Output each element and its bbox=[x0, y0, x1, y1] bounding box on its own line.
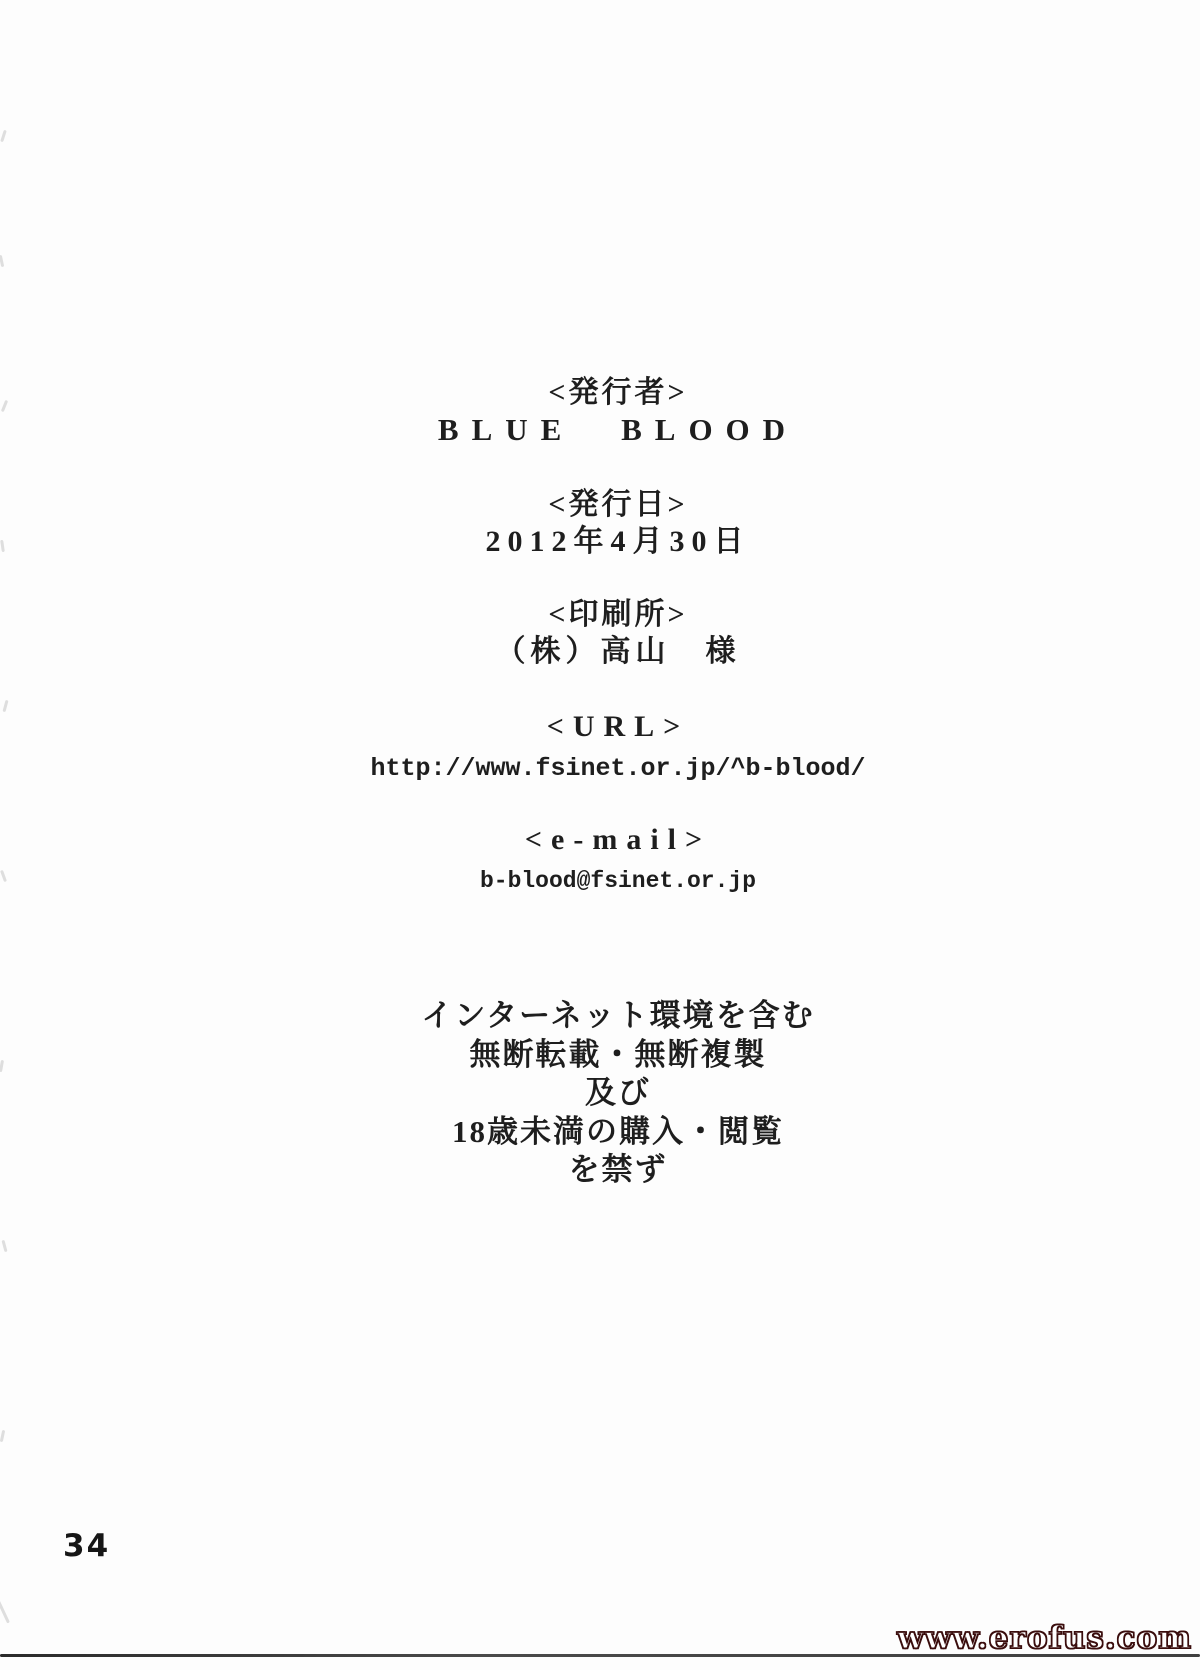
url-value: http://www.fsinet.or.jp/^b-blood/ bbox=[18, 750, 1200, 787]
notice-line: 18歳未満の購入・閲覧 bbox=[18, 1113, 1200, 1152]
notice-line: 及び bbox=[18, 1074, 1200, 1113]
scan-edge-artifact bbox=[1, 1240, 7, 1252]
email-value: b-blood@fsinet.or.jp bbox=[18, 863, 1200, 900]
printer-value: （株）高山 様 bbox=[18, 633, 1200, 670]
printer-section: <印刷所> （株）高山 様 bbox=[18, 596, 1200, 670]
scan-edge-artifact bbox=[0, 130, 7, 142]
email-heading: <e-mail> bbox=[18, 821, 1200, 858]
scan-edge-artifact bbox=[0, 255, 4, 267]
issue-date-section: <発行日> 2012年4月30日 bbox=[18, 486, 1200, 560]
email-section: <e-mail> b-blood@fsinet.or.jp bbox=[18, 821, 1200, 900]
printer-heading: <印刷所> bbox=[18, 596, 1200, 633]
publisher-heading: <発行者> bbox=[18, 374, 1200, 411]
scan-edge-artifact bbox=[0, 1060, 4, 1072]
scan-edge-artifact bbox=[2, 700, 8, 712]
publisher-value: BLUE BLOOD bbox=[18, 411, 1200, 448]
url-heading: <URL> bbox=[18, 708, 1200, 745]
age-restriction-notice: インターネット環境を含む 無断転載・無断複製 及び 18歳未満の購入・閲覧 を禁… bbox=[18, 997, 1200, 1190]
issue-date-value: 2012年4月30日 bbox=[18, 523, 1200, 560]
scan-edge-artifact bbox=[0, 540, 5, 552]
publisher-section: <発行者> BLUE BLOOD bbox=[18, 374, 1200, 448]
notice-line: 無断転載・無断複製 bbox=[18, 1036, 1200, 1075]
issue-date-heading: <発行日> bbox=[18, 486, 1200, 523]
site-watermark: www.erofus.com bbox=[897, 1620, 1192, 1656]
scanned-colophon-page: <発行者> BLUE BLOOD <発行日> 2012年4月30日 <印刷所> … bbox=[0, 0, 1200, 1670]
url-section: <URL> http://www.fsinet.or.jp/^b-blood/ bbox=[18, 708, 1200, 787]
scan-edge-artifact bbox=[0, 1600, 10, 1623]
scan-edge-artifact bbox=[0, 1430, 5, 1442]
page-number: 34 bbox=[63, 1528, 110, 1564]
notice-line: を禁ず bbox=[18, 1151, 1200, 1190]
bottom-scan-rule bbox=[0, 1654, 1200, 1657]
scan-edge-artifact bbox=[1, 400, 8, 412]
scan-edge-artifact bbox=[0, 870, 7, 882]
notice-line: インターネット環境を含む bbox=[18, 997, 1200, 1036]
